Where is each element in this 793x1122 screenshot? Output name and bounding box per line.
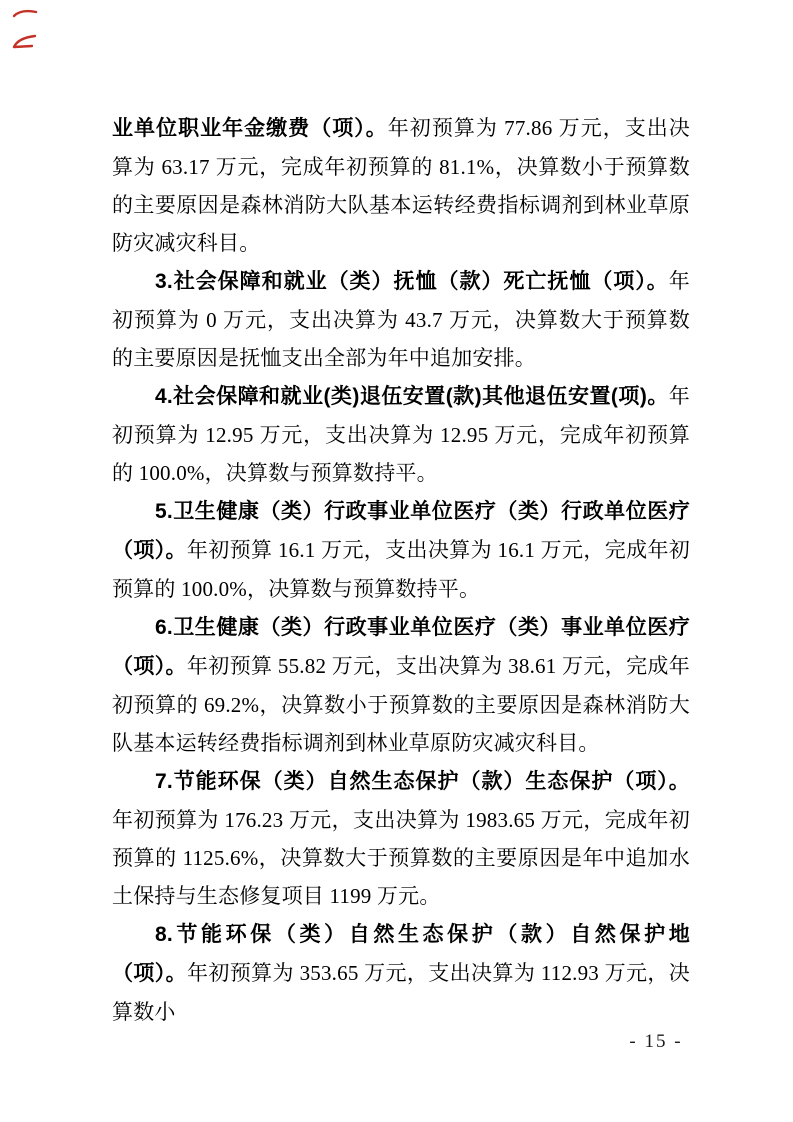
clause-text: 年初预算为 353.65 万元，支出决算为 112.93 万元，决算数小: [112, 961, 690, 1024]
document-body: 业单位职业年金缴费（项）。年初预算为 77.86 万元，支出决算为 63.17 …: [112, 109, 690, 1031]
red-annotation-mark-bottom: [10, 33, 38, 51]
paragraph: 7.节能环保（类）自然生态保护（款）生态保护（项）。年初预算为 176.23 万…: [112, 762, 690, 915]
clause-text: 年初预算 16.1 万元，支出决算为 16.1 万元，完成年初预算的 100.0…: [112, 538, 690, 601]
paragraph: 业单位职业年金缴费（项）。年初预算为 77.86 万元，支出决算为 63.17 …: [112, 109, 690, 262]
paragraph: 6.卫生健康（类）行政事业单位医疗（类）事业单位医疗（项）。年初预算 55.82…: [112, 608, 690, 762]
red-annotation-mark-top: [12, 6, 38, 20]
clause-heading: 4.社会保障和就业(类)退伍安置(款)其他退伍安置(项)。: [155, 385, 669, 408]
clause-heading: 业单位职业年金缴费（项）。: [112, 117, 388, 140]
paragraph: 4.社会保障和就业(类)退伍安置(款)其他退伍安置(项)。年初预算为 12.95…: [112, 377, 690, 492]
page-number: - 15 -: [613, 1031, 699, 1053]
paragraph: 5.卫生健康（类）行政事业单位医疗（类）行政单位医疗（项）。年初预算 16.1 …: [112, 492, 690, 608]
paragraph-list: 业单位职业年金缴费（项）。年初预算为 77.86 万元，支出决算为 63.17 …: [112, 109, 690, 1031]
clause-text: 年初预算为 176.23 万元，支出决算为 1983.65 万元，完成年初预算的…: [112, 808, 690, 908]
document-page: 业单位职业年金缴费（项）。年初预算为 77.86 万元，支出决算为 63.17 …: [0, 0, 793, 1122]
paragraph: 8.节能环保（类）自然生态保护（款）自然保护地（项）。年初预算为 353.65 …: [112, 915, 690, 1031]
clause-heading: 3.社会保障和就业（类）抚恤（款）死亡抚恤（项）。: [155, 270, 669, 293]
clause-heading: 7.节能环保（类）自然生态保护（款）生态保护（项）。: [155, 770, 690, 793]
clause-text: 年初预算 55.82 万元，支出决算为 38.61 万元，完成年初预算的 69.…: [112, 654, 690, 755]
paragraph: 3.社会保障和就业（类）抚恤（款）死亡抚恤（项）。年初预算为 0 万元，支出决算…: [112, 262, 690, 377]
